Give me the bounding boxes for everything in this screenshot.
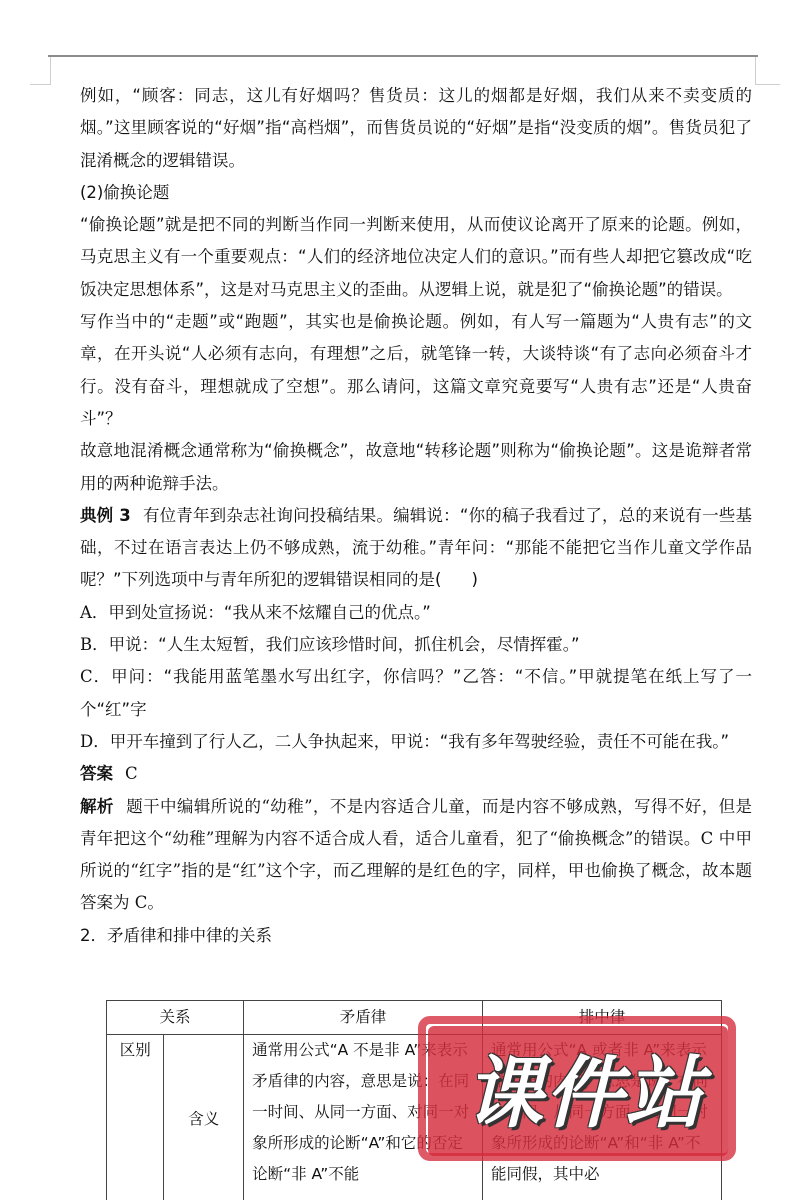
option-letter: D． <box>80 732 110 751</box>
cell-contradiction: 通常用公式“A 不是非 A”来表示矛盾律的内容，意思是说：在同一时间、从同一方面… <box>244 1035 483 1200</box>
header-excluded-middle: 排中律 <box>483 1001 722 1035</box>
section-heading: 2．矛盾律和排中律的关系 <box>80 920 752 952</box>
paragraph-shifting-topic-definition: “偷换论题”就是把不同的判断当作同一判断来使用，从而使议论离开了原来的论题。例如… <box>80 209 752 306</box>
paragraph-confusing-concepts-example: 例如，“顾客：同志，这儿有好烟吗？售货员：这儿的烟都是好烟，我们从来不卖变质的烟… <box>80 80 752 177</box>
option-d: D．甲开车撞到了行人乙，二人争执起来，甲说：“我有多年驾驶经验，责任不可能在我。… <box>80 726 752 758</box>
example-label: 典例 3 <box>80 506 131 525</box>
cell-excluded-middle: 通常用公式“A 或者非 A”来表示排中律的内容，意思是说：在同一时间、从同一方面… <box>483 1035 722 1200</box>
example-question-text: 有位青年到杂志社询问投稿结果。编辑说：“你的稿子我看过了，总的来说有一些基础，不… <box>80 506 752 590</box>
table-header-row: 关系 矛盾律 排中律 <box>107 1001 722 1035</box>
table-row: 区别 含义 通常用公式“A 不是非 A”来表示矛盾律的内容，意思是说：在同一时间… <box>107 1035 722 1200</box>
paragraph-sophistry-methods: 故意地混淆概念通常称为“偷换概念”，故意地“转移论题”则称为“偷换论题”。这是诡… <box>80 435 752 500</box>
option-b: B．甲说：“人生太短暂，我们应该珍惜时间，抓住机会，尽情挥霍。” <box>80 629 752 661</box>
option-letter: A． <box>80 603 108 622</box>
page-top-rule <box>48 55 758 57</box>
header-relation: 关系 <box>107 1001 244 1035</box>
page-corner-mark-right <box>755 57 756 84</box>
option-c: C．甲问：“我能用蓝笔墨水写出红字，你信吗？”乙答：“不信。”甲就提笔在纸上写了… <box>80 661 752 726</box>
answer-value: C <box>125 764 138 783</box>
document-body: 例如，“顾客：同志，这儿有好烟吗？售货员：这儿的烟都是好烟，我们从来不卖变质的烟… <box>80 80 752 952</box>
row-category: 区别 <box>107 1035 164 1200</box>
analysis-label: 解析 <box>80 797 114 816</box>
example-question-end: ) <box>472 570 478 589</box>
header-contradiction: 矛盾律 <box>244 1001 483 1035</box>
analysis-paragraph: 解析题干中编辑所说的“幼稚”，不是内容适合儿童，而是内容不够成熟，写得不好，但是… <box>80 791 752 920</box>
example-question: 典例 3有位青年到杂志社询问投稿结果。编辑说：“你的稿子我看过了，总的来说有一些… <box>80 500 752 597</box>
row-subcategory: 含义 <box>164 1035 244 1200</box>
page-corner-mark-left-h <box>30 84 51 85</box>
page-corner-mark-left <box>50 57 51 84</box>
page-corner-mark-right-h <box>755 84 780 85</box>
comparison-table: 关系 矛盾律 排中律 区别 含义 通常用公式“A 不是非 A”来表示矛盾律的内容… <box>106 1000 722 1200</box>
answer-label: 答案 <box>80 764 113 783</box>
option-a: A．甲到处宣扬说：“我从来不炫耀自己的优点。” <box>80 597 752 629</box>
option-text: 甲开车撞到了行人乙，二人争执起来，甲说：“我有多年驾驶经验，责任不可能在我。” <box>110 732 729 751</box>
subheading-shifting-topic: (2)偷换论题 <box>80 177 752 209</box>
option-text: 甲到处宣扬说：“我从来不炫耀自己的优点。” <box>108 603 430 622</box>
option-letter: B． <box>80 635 109 654</box>
option-text: 甲说：“人生太短暂，我们应该珍惜时间，抓住机会，尽情挥霍。” <box>109 635 580 654</box>
option-text: 甲问：“我能用蓝笔墨水写出红字，你信吗？”乙答：“不信。”甲就提笔在纸上写了一个… <box>80 667 752 718</box>
paragraph-writing-off-topic: 写作当中的“走题”或“跑题”，其实也是偷换论题。例如，有人写一篇题为“人贵有志”… <box>80 306 752 435</box>
analysis-text: 题干中编辑所说的“幼稚”，不是内容适合儿童，而是内容不够成熟，写得不好，但是青年… <box>80 797 752 913</box>
option-letter: C． <box>80 667 111 686</box>
answer-line: 答案C <box>80 758 752 790</box>
